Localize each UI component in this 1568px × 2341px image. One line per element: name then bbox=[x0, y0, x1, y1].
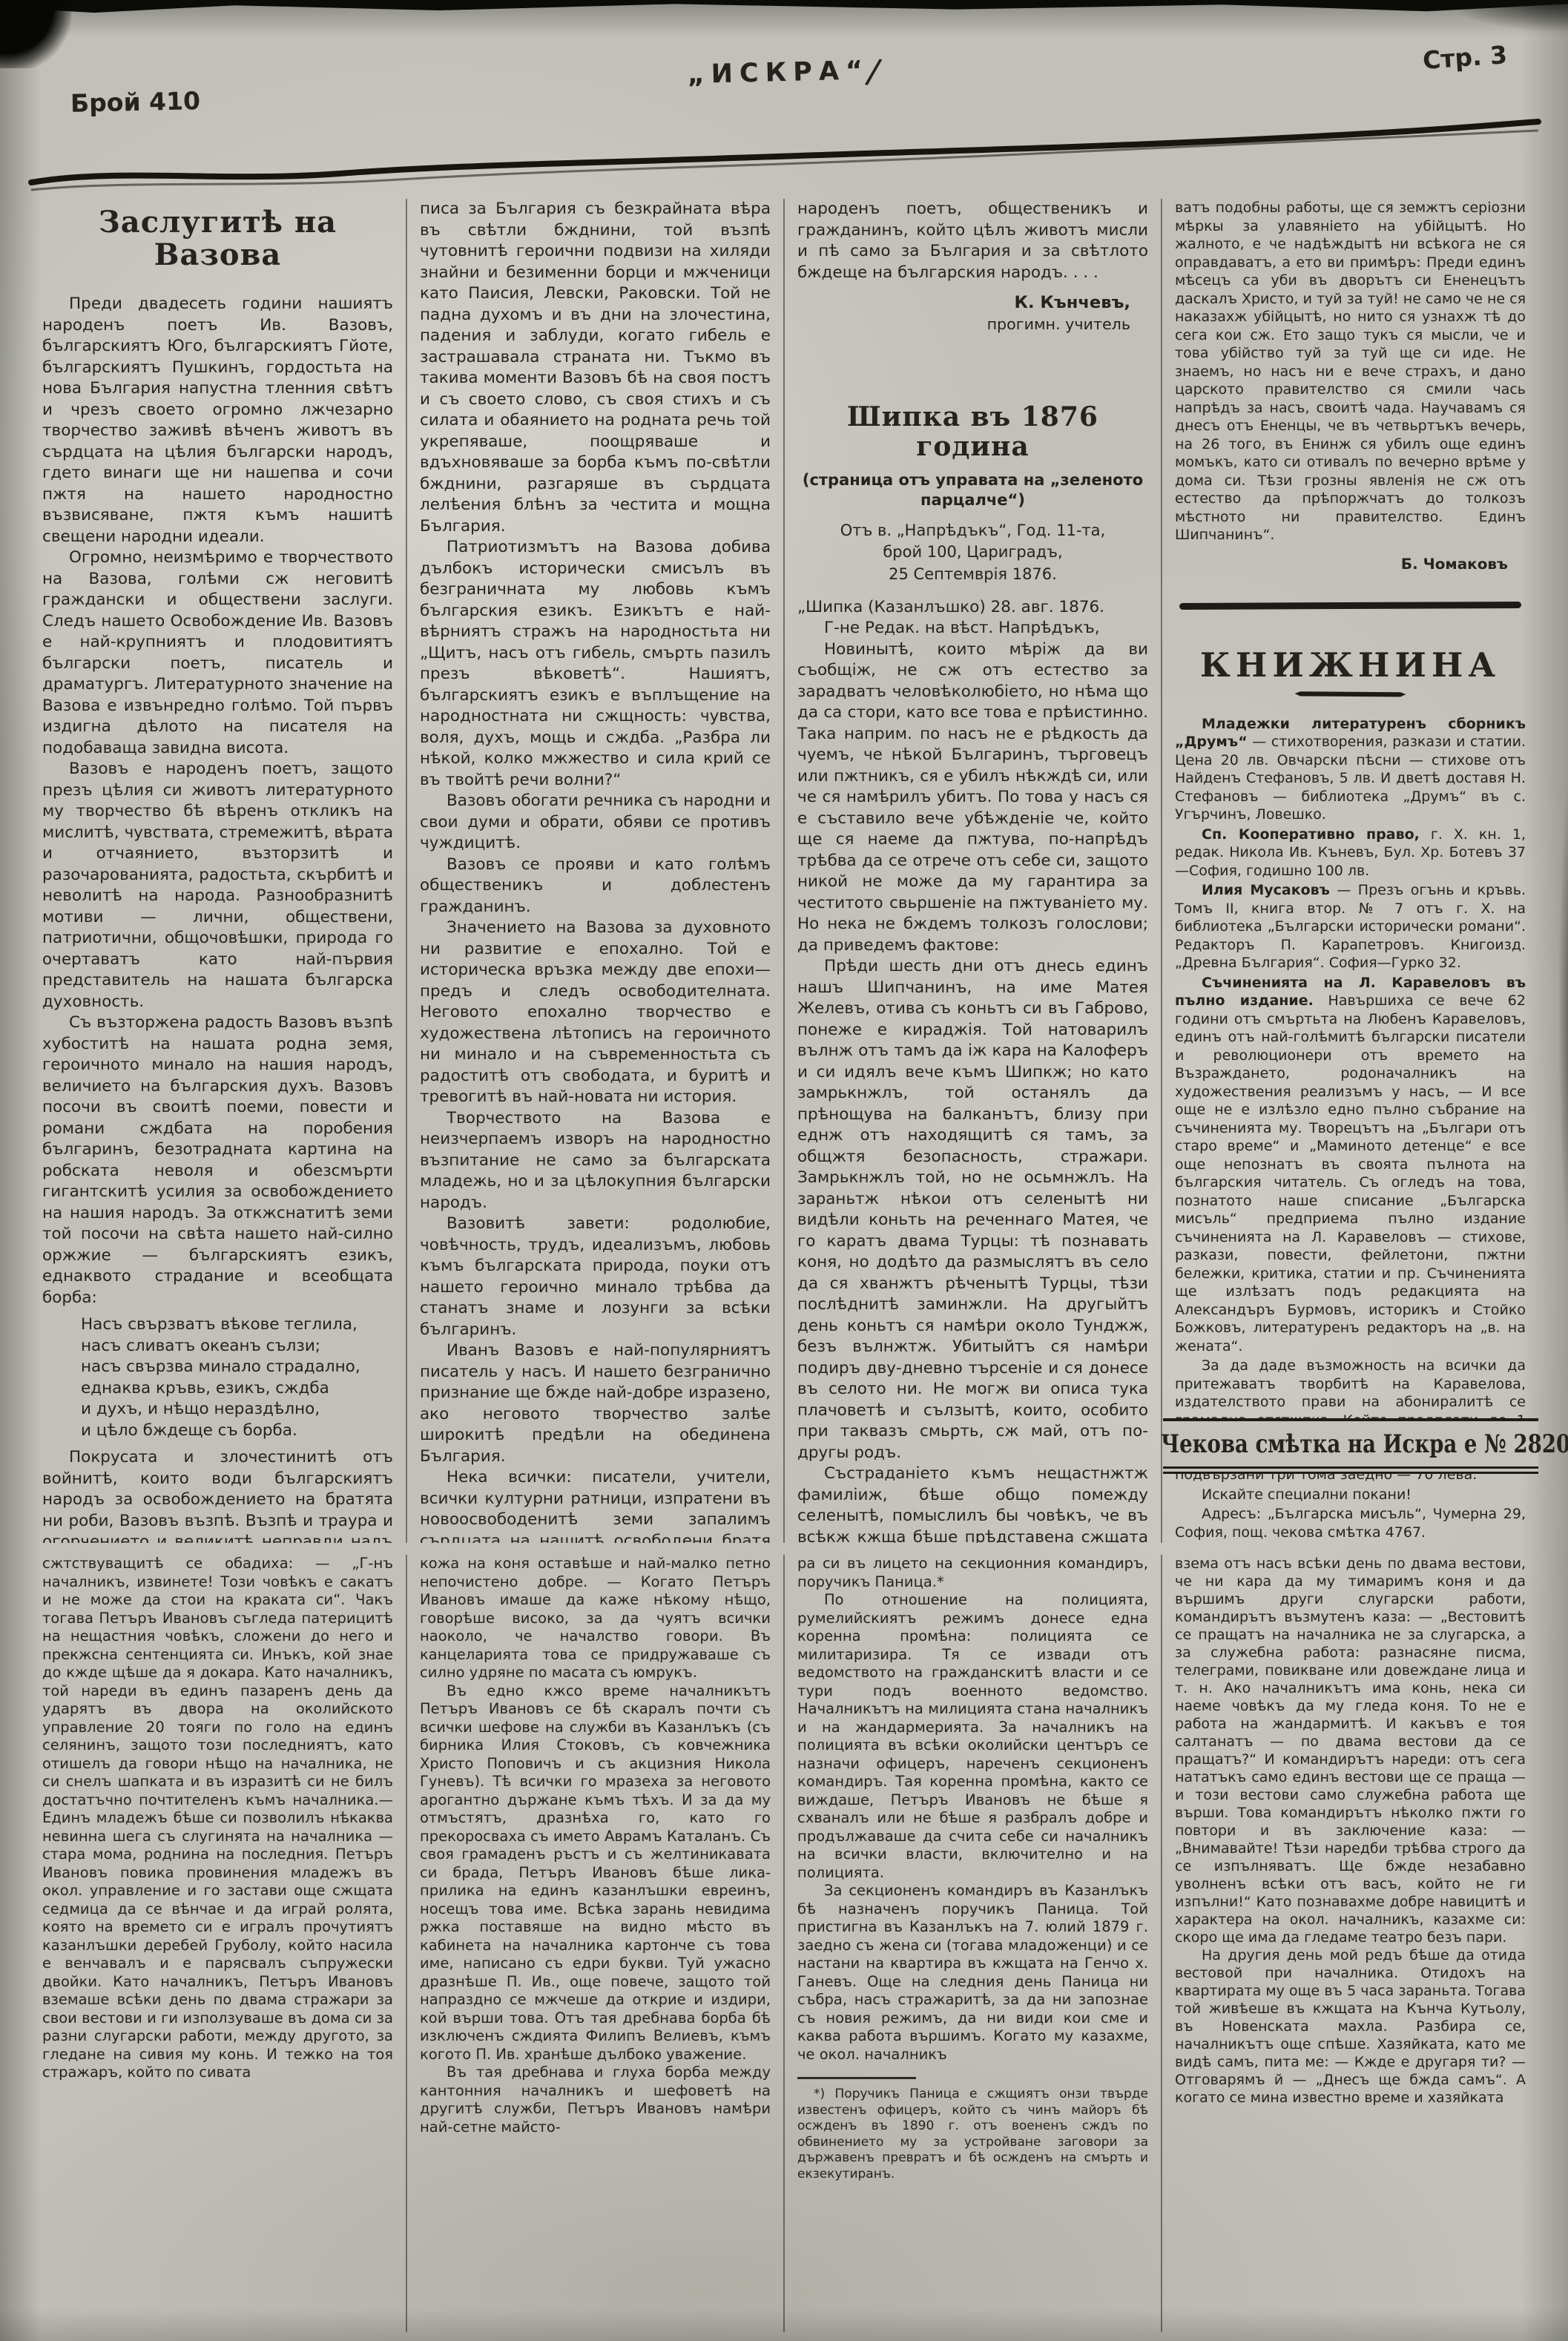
paragraph: Покрусата и злочестинитѣ отъ войнитѣ, ко… bbox=[42, 1447, 393, 1543]
thick-divider bbox=[802, 363, 1144, 365]
poem: Насъ свързватъ вѣкове теглила,насъ слива… bbox=[81, 1314, 393, 1441]
bottom-column-1: сжтствуващитѣ се обадиха: — „Г-нъ началн… bbox=[30, 1555, 406, 2332]
paragraph: Вазовъ се прояви и като голѣмъ обществен… bbox=[420, 855, 771, 918]
paragraph: Съ възторжена радость Вазовъ възпѣ хубос… bbox=[42, 1013, 393, 1308]
paragraph: писа за България съ безкрайната вѣра въ … bbox=[420, 199, 771, 537]
poem-line: насъ свързва минало страдално, bbox=[81, 1357, 393, 1378]
paragraph: Нека всички: писатели, учители, всички к… bbox=[420, 1467, 771, 1543]
paragraph: Прѣди шесть дни отъ днесь единъ нашъ Шип… bbox=[797, 956, 1148, 1463]
paragraph: Въ тая дребнава и глуха борба между кант… bbox=[420, 2064, 771, 2136]
paragraph: Иванъ Вазовъ е най-популярниятъ писатель… bbox=[420, 1340, 771, 1467]
newspaper-page: Брой 410 „ИСКРА“/ Стр. 3 Заслугитѣ на Ва… bbox=[0, 0, 1568, 2341]
postal-account-banner: Чекова смѣтка на Искра е № 2820 bbox=[1163, 1418, 1538, 1474]
scan-corner-blob bbox=[1446, 0, 1568, 31]
paragraph: кожа на коня оставѣше и най-малко петно … bbox=[420, 1555, 771, 1682]
paragraph: По отношение на полицията, румелийскиятъ… bbox=[797, 1591, 1148, 1882]
upper-articles-section: Заслугитѣ на ВазоваПреди двадесеть годин… bbox=[30, 199, 1538, 1543]
paragraph: Състраданіето къмъ нещастнжтж фамиліиж, … bbox=[797, 1463, 1148, 1543]
paragraph: Въ едно кжсо време началникътъ Петъръ Ив… bbox=[420, 1682, 771, 2064]
signature-line: Б. Чомаковъ bbox=[1175, 555, 1508, 573]
poem-line: еднаква кръвь, езикъ, сждба bbox=[81, 1378, 393, 1400]
paragraph: сжтствуващитѣ се обадиха: — „Г-нъ началн… bbox=[42, 1555, 393, 2082]
paragraph: взема отъ насъ всѣки день по двама весто… bbox=[1175, 1555, 1526, 1946]
source-line: Отъ в. „Напрѣдъкъ“, Год. 11-та, bbox=[797, 520, 1148, 541]
section-title: КНИЖНИНА bbox=[1175, 648, 1526, 682]
paragraph: Адресъ: „Българска мисъль“, Чумерна 29, … bbox=[1175, 1505, 1526, 1541]
paragraph: ра си въ лицето на секционния командиръ,… bbox=[797, 1555, 1148, 1591]
source-note: Отъ в. „Напрѣдъкъ“, Год. 11-та,брой 100,… bbox=[797, 520, 1148, 585]
signature: Б. Чомаковъ bbox=[1175, 555, 1508, 573]
article-headline: Шипка въ 1876 година bbox=[797, 403, 1148, 461]
scan-top-edge-artifact bbox=[0, 0, 1568, 13]
paragraph: Вазовъ обогати речника съ народни и свои… bbox=[420, 791, 771, 855]
paragraph: Значението на Вазова за духовното ни раз… bbox=[420, 918, 771, 1108]
article-headline: Заслугитѣ на Вазова bbox=[42, 206, 393, 271]
paragraph: На другия день мой редъ бѣше да отида ве… bbox=[1175, 1946, 1526, 2107]
notice-text: Навършиха се вече 62 години отъ смъртьта… bbox=[1175, 992, 1526, 1354]
article-subtitle: (страница отъ управата на „зеленото парц… bbox=[797, 470, 1148, 511]
postal-account-banner-text: Чекова смѣтка на Искра е № 2820 bbox=[1161, 1430, 1541, 1459]
notice-paragraph: Младежки литературенъ сборникъ „Друмъ“ —… bbox=[1175, 715, 1526, 824]
signature: К. Кънчевъ,прогимн. учитель bbox=[797, 292, 1130, 335]
source-line: 25 Септемврія 1876. bbox=[797, 564, 1148, 585]
paragraph: народенъ поетъ, общественикъ и гражданин… bbox=[797, 199, 1148, 283]
notice-paragraph: Съчиненията на Л. Каравеловъ въ пълно из… bbox=[1175, 974, 1526, 1356]
notice-lead: Илия Мусаковъ bbox=[1202, 882, 1330, 898]
notice-paragraph: Сп. Кооперативно право, г. X. кн. 1, ред… bbox=[1175, 826, 1526, 880]
paragraph: Вазовъ е народенъ поетъ, защото презъ цѣ… bbox=[42, 759, 393, 1013]
paragraph: Патриотизмътъ на Вазова добива дълбокъ и… bbox=[420, 537, 771, 791]
paragraph: ватъ подобны работы, ще ся земжтъ серіоз… bbox=[1175, 199, 1526, 544]
bottom-column-4: взема отъ насъ всѣки день по двама весто… bbox=[1161, 1555, 1538, 2332]
top-column-2: писа за България съ безкрайната вѣра въ … bbox=[406, 199, 783, 1543]
thick-divider bbox=[1179, 602, 1521, 610]
serial-story-section: сжтствуващитѣ се обадиха: — „Г-нъ началн… bbox=[30, 1555, 1538, 2332]
notice-lead: Сп. Кооперативно право, bbox=[1202, 826, 1420, 843]
top-column-3: народенъ поетъ, общественикъ и гражданин… bbox=[783, 199, 1161, 1543]
paragraph: Искайте специални покани! bbox=[1175, 1486, 1526, 1504]
poem-line: насъ сливатъ океанъ сълзи; bbox=[81, 1336, 393, 1357]
paragraph: Творчеството на Вазова е неизчерпаемъ из… bbox=[420, 1108, 771, 1214]
bottom-column-3: ра си въ лицето на секционния командиръ,… bbox=[783, 1555, 1161, 2332]
masthead: „ИСКРА“/ bbox=[687, 47, 881, 91]
header-rule bbox=[28, 111, 1541, 193]
paragraph: Г-не Редак. на вѣст. Напрѣдъкъ, bbox=[797, 618, 1148, 639]
footnote: *) Поручикъ Паница е сжщиятъ онзи твърде… bbox=[797, 2087, 1148, 2182]
masthead-title: „ИСКРА“ bbox=[687, 56, 869, 90]
page-number: Стр. 3 bbox=[1422, 40, 1508, 75]
top-column-4: ватъ подобны работы, ще ся земжтъ серіоз… bbox=[1161, 199, 1538, 1543]
poem-line: и духъ, и нѣщо нераздѣлно, bbox=[81, 1399, 393, 1420]
paragraph: Огромно, неизмѣримо е творчеството на Ва… bbox=[42, 547, 393, 759]
notice-paragraph: Илия Мусаковъ — Презъ огънь и кръвь. Том… bbox=[1175, 881, 1526, 972]
poem-line: и цѣло бждеще съ борба. bbox=[81, 1420, 393, 1442]
bottom-column-2: кожа на коня оставѣше и най-малко петно … bbox=[406, 1555, 783, 2332]
paragraph: Новинытѣ, които мѣріж да ви съобщіж, не … bbox=[797, 639, 1148, 957]
signature-line: К. Кънчевъ, bbox=[797, 292, 1130, 314]
scan-edge-smudge bbox=[1559, 779, 1568, 1254]
paragraph: „Шипка (Казанлъшко) 28. авг. 1876. bbox=[797, 597, 1148, 619]
footnote-divider bbox=[797, 2077, 916, 2079]
paragraph: Вазовитѣ завети: родолюбие, човѣчность, … bbox=[420, 1214, 771, 1340]
top-column-1: Заслугитѣ на ВазоваПреди двадесеть годин… bbox=[30, 199, 406, 1543]
poem-line: Насъ свързватъ вѣкове теглила, bbox=[81, 1314, 393, 1336]
scan-corner-blob bbox=[0, 0, 71, 68]
ornament bbox=[1295, 691, 1406, 697]
paragraph: Преди двадесеть години нашиятъ народенъ … bbox=[42, 294, 393, 547]
signature-line: прогимн. учитель bbox=[797, 314, 1130, 335]
source-line: брой 100, Цариградъ, bbox=[797, 541, 1148, 563]
paragraph: За секционенъ командиръ въ Казанлъкъ бѣ … bbox=[797, 1882, 1148, 2064]
